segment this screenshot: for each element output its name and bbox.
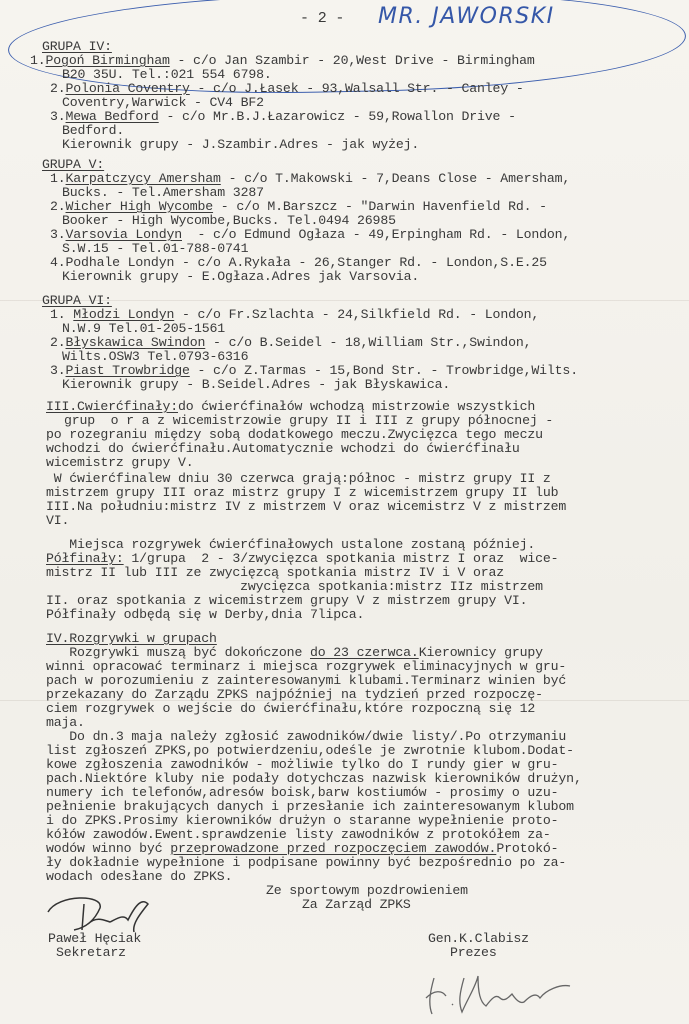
section-iv-text: przekazany do Zarządu ZPKS najpóźniej na… [46, 688, 543, 702]
section-iii-text: W ćwierćfinalew dniu 30 czerwca grają:pó… [46, 472, 551, 486]
entry-text: - c/o Z.Tarmas - 15,Bond Str. - Trowbrid… [190, 363, 578, 378]
semifinals-text: Półfinały odbędą się w Derby,dnia 7lipca… [46, 608, 364, 622]
section-iii-text: mistrzem grupy III oraz mistrz grupy I z… [46, 486, 558, 500]
group-line: 1.Karpatczycy Amersham - c/o T.Makowski … [50, 172, 570, 186]
section-iv-text: kowe zgłoszenia zawodników - możliwie ty… [46, 758, 558, 772]
handwritten-note: MR. JAWORSKI [378, 4, 555, 30]
section-iv-text: wodach odesłane do ZPKS. [46, 870, 232, 884]
group-line: B20 35U. Tel.:021 554 6798. [62, 68, 272, 82]
section-iv-text: winni opracować terminarz i miejsca rozg… [46, 660, 566, 674]
group-line: 1. Młodzi Londyn - c/o Fr.Szlachta - 24,… [50, 308, 539, 322]
emphasis-text: przeprowadzone przed rozpoczęciem zawodó… [170, 841, 496, 856]
entry-text: Bucks. - Tel.Amersham 3287 [62, 185, 264, 200]
entry-number: 3. [50, 363, 66, 378]
entry-text: - c/o Mr.B.J.Łazarowicz - 59,Rowallon Dr… [159, 109, 516, 124]
group-line: N.W.9 Tel.01-205-1561 [62, 322, 225, 336]
section-iv-text: kółów zawodów.Ewent.sprawdzenie listy za… [46, 828, 551, 842]
section-iii-text: wchodzi do ćwierćfinału.Automatycznie wc… [46, 442, 520, 456]
entry-text: S.W.15 - Tel.01-788-0741 [62, 241, 248, 256]
group-line: S.W.15 - Tel.01-788-0741 [62, 242, 248, 256]
entry-number: 2. [50, 199, 66, 214]
group-line: 4.Podhale Londyn - c/o A.Rykała - 26,Sta… [50, 256, 547, 270]
section-iv-text: Rozgrywki muszą być dokończone do 23 cze… [46, 646, 543, 660]
group-line: Bedford. [62, 124, 124, 138]
entry-text: Bedford. [62, 123, 124, 138]
club-name: Karpatczycy Amersham [66, 171, 221, 186]
left-signatory-role: Sekretarz [56, 946, 126, 960]
section-iv-text: numery ich telefonów,adresów boisk,barw … [46, 786, 558, 800]
entry-text: Podhale Londyn - c/o A.Rykała - 26,Stang… [66, 255, 547, 270]
text: Kierownicy grupy [419, 645, 543, 660]
section-iv-text: list zgłoszeń ZPKS,po potwierdzeniu,odeś… [46, 744, 574, 758]
entry-text: B20 35U. Tel.:021 554 6798. [62, 67, 272, 82]
section-iv-text: ły dokładnie wypełnione i podpisane powi… [46, 856, 566, 870]
club-name: Wicher High Wycombe [66, 199, 214, 214]
entry-number: 3. [50, 227, 66, 242]
entry-text: Booker - High Wycombe,Bucks. Tel.0494 26… [62, 213, 396, 228]
section-iii-text: po rozegraniu między sobą dodatkowego me… [46, 428, 543, 442]
section-iii-text: III.Na południu:mistrz IV z mistrzem V o… [46, 500, 566, 514]
club-name: Błyskawica Swindon [66, 335, 206, 350]
group-line: 2.Wicher High Wycombe - c/o M.Barszcz - … [50, 200, 547, 214]
group-line: Booker - High Wycombe,Bucks. Tel.0494 26… [62, 214, 396, 228]
semifinals-text: zwycięzca spotkania:mistrz IIz mistrzem [46, 580, 543, 594]
entry-text: - c/o Edmund Ogłaza - 49,Erpingham Rd. -… [182, 227, 570, 242]
entry-text: Wilts.OSW3 Tel.0793-6316 [62, 349, 248, 364]
group-line: Kierownik grupy - E.Ogłaza.Adres jak Var… [62, 270, 419, 284]
semifinals-text: II. oraz spotkania z wicemistrzem grupy … [46, 594, 527, 608]
right-signatory-name: Gen.K.Clabisz [428, 932, 529, 946]
group-line: 3.Varsovia Londyn - c/o Edmund Ogłaza - … [50, 228, 570, 242]
section-iv-text: i do ZPKS.Prosimy kierowników drużyn o s… [46, 814, 558, 828]
group-line: 1.Pogoń Birmingham - c/o Jan Szambir - 2… [30, 54, 535, 68]
document-page: - 2 - MR. JAWORSKI GRUPA IV:1.Pogoń Birm… [0, 0, 689, 1024]
club-name: Mewa Bedford [66, 109, 159, 124]
text: Rozgrywki muszą być dokończone [46, 645, 310, 660]
group-line: 2.Błyskawica Swindon - c/o B.Seidel - 18… [50, 336, 531, 350]
group-title: GRUPA IV: [42, 40, 112, 54]
entry-text: Kierownik grupy - J.Szambir.Adres - jak … [62, 137, 419, 152]
text: wodów winno być [46, 841, 170, 856]
group-line: Bucks. - Tel.Amersham 3287 [62, 186, 264, 200]
section-iii-line: III.Cwierćfinały:do ćwierćfinałów wchodz… [46, 400, 535, 414]
group-title: GRUPA V: [42, 158, 104, 172]
section-iv-heading: IV.Rozgrywki w grupach [46, 632, 217, 646]
group-line: 2.Polonia Coventry - c/o J.Łasek - 93,Wa… [50, 82, 524, 96]
right-signatory-role: Prezes [450, 946, 497, 960]
group-title: GRUPA VI: [42, 294, 112, 308]
entry-text: Kierownik grupy - E.Ogłaza.Adres jak Var… [62, 269, 419, 284]
closing-on-behalf: Za Zarząd ZPKS [302, 898, 411, 912]
club-name: Varsovia Londyn [66, 227, 182, 242]
entry-text: - c/o Jan Szambir - 20,West Drive - Birm… [170, 53, 535, 68]
section-iv-text: ciem rozgrywek o wejście do ćwierćfinału… [46, 702, 535, 716]
entry-text: - c/o T.Makowski - 7,Deans Close - Amers… [221, 171, 570, 186]
entry-number: 1. [50, 171, 66, 186]
group-line: Wilts.OSW3 Tel.0793-6316 [62, 350, 248, 364]
group-line: Kierownik grupy - J.Szambir.Adres - jak … [62, 138, 419, 152]
entry-number: 2. [50, 81, 66, 96]
entry-text: - c/o B.Seidel - 18,William Str.,Swindon… [205, 335, 531, 350]
section-iii-text: Miejsca rozgrywek ćwierćfinałowych ustal… [46, 538, 535, 552]
section-iii-text: VI. [46, 514, 69, 528]
club-name: Młodzi Londyn [73, 307, 174, 322]
semifinals-line: Półfinały: 1/grupa 2 - 3/zwycięzca spotk… [46, 552, 558, 566]
closing-greeting: Ze sportowym pozdrowieniem [266, 884, 468, 898]
club-name: Pogoń Birmingham [46, 53, 170, 68]
page-number: - 2 - [300, 12, 344, 26]
entry-number: 2. [50, 335, 66, 350]
entry-number: 4. [50, 255, 66, 270]
section-iii-text: wicemistrz grupy V. [46, 456, 194, 470]
entry-text: N.W.9 Tel.01-205-1561 [62, 321, 225, 336]
group-line: 3.Piast Trowbridge - c/o Z.Tarmas - 15,B… [50, 364, 578, 378]
club-name: Piast Trowbridge [66, 363, 190, 378]
semifinals-text: 1/grupa 2 - 3/zwycięzca spotkania mistrz… [124, 551, 559, 566]
entry-text: Kierownik grupy - B.Seidel.Adres - jak B… [62, 377, 450, 392]
section-iv-text: wodów winno być przeprowadzone przed roz… [46, 842, 558, 856]
section-iv-text: maja. [46, 716, 85, 730]
signature-right [420, 968, 600, 1024]
text: Protokó- [496, 841, 558, 856]
entry-text: - c/o Fr.Szlachta - 24,Silkfield Rd. - L… [174, 307, 539, 322]
group-line: Kierownik grupy - B.Seidel.Adres - jak B… [62, 378, 450, 392]
deadline-text: do 23 czerwca. [310, 645, 419, 660]
section-iv-text: pach w porozumieniu z zainteresowanymi k… [46, 674, 566, 688]
entry-text: - c/o M.Barszcz - "Darwin Havenfield Rd.… [213, 199, 547, 214]
entry-number: 3. [50, 109, 66, 124]
section-iv-text: Do dn.3 maja należy zgłosić zawodników/d… [46, 730, 566, 744]
section-iv-text: pach.Niektóre kluby nie podały dotychcza… [46, 772, 582, 786]
group-line: 3.Mewa Bedford - c/o Mr.B.J.Łazarowicz -… [50, 110, 516, 124]
section-iii-text: do ćwierćfinałów wchodzą mistrzowie wszy… [178, 399, 535, 414]
semifinals-heading: Półfinały: [46, 551, 124, 566]
entry-number: 1. [30, 53, 46, 68]
section-iii-text: grup o r a z wicemistrzowie grupy II i I… [64, 414, 553, 428]
entry-text: Coventry,Warwick - CV4 BF2 [62, 95, 264, 110]
entry-text: - c/o J.Łasek - 93,Walsall Str. - Canley… [190, 81, 524, 96]
left-signatory-name: Paweł Hęciak [48, 932, 141, 946]
section-iii-heading: III.Cwierćfinały: [46, 399, 178, 414]
entry-number: 1. [50, 307, 73, 322]
group-line: Coventry,Warwick - CV4 BF2 [62, 96, 264, 110]
section-iv-text: pełnienie brakujących danych i przesłani… [46, 800, 574, 814]
semifinals-text: mistrz II lub III ze zwycięzcą spotkania… [46, 566, 504, 580]
club-name: Polonia Coventry [66, 81, 190, 96]
